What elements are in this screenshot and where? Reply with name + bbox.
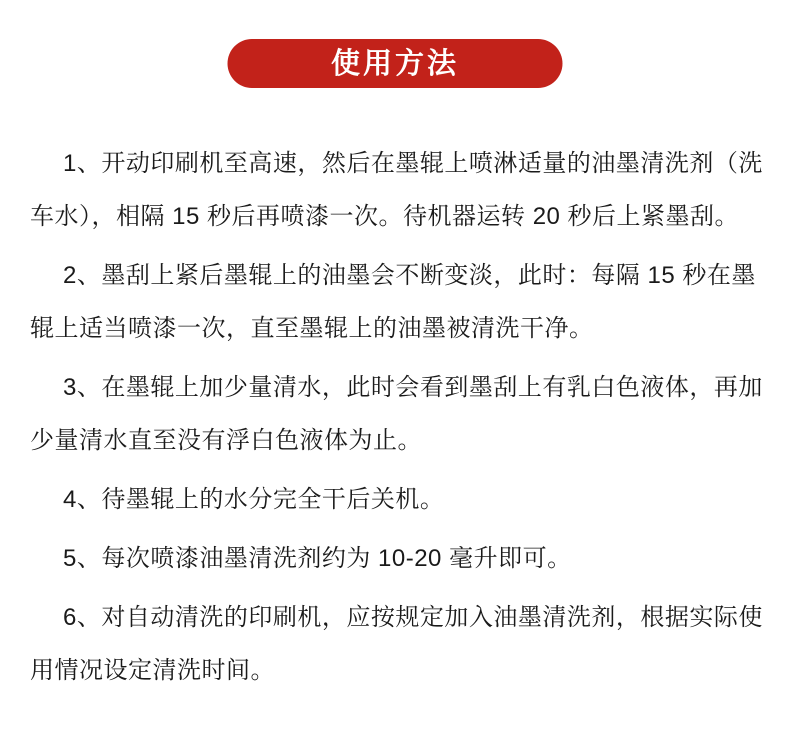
- usage-instructions-panel: 使用方法 1、开动印刷机至高速，然后在墨辊上喷淋适量的油墨清洗剂（洗车水），相隔…: [0, 0, 790, 739]
- instruction-paragraph: 5、每次喷漆油墨清洗剂约为 10-20 毫升即可。: [30, 532, 772, 585]
- instruction-line: 4、待墨辊上的水分完全干后关机。: [30, 473, 772, 526]
- instruction-line: 6、对自动清洗的印刷机，应按规定加入油墨清洗剂，根据实际使: [30, 591, 772, 644]
- usage-method-banner: 使用方法: [228, 39, 563, 88]
- instruction-line: 5、每次喷漆油墨清洗剂约为 10-20 毫升即可。: [30, 532, 772, 585]
- instruction-line: 少量清水直至没有浮白色液体为止。: [30, 414, 772, 467]
- instructions: 1、开动印刷机至高速，然后在墨辊上喷淋适量的油墨清洗剂（洗车水），相隔 15 秒…: [30, 137, 772, 703]
- instruction-paragraph: 3、在墨辊上加少量清水，此时会看到墨刮上有乳白色液体，再加少量清水直至没有浮白色…: [30, 361, 772, 467]
- instruction-paragraph: 2、墨刮上紧后墨辊上的油墨会不断变淡，此时：每隔 15 秒在墨辊上适当喷漆一次，…: [30, 249, 772, 355]
- instruction-paragraph: 1、开动印刷机至高速，然后在墨辊上喷淋适量的油墨清洗剂（洗车水），相隔 15 秒…: [30, 137, 772, 243]
- instruction-paragraph: 6、对自动清洗的印刷机，应按规定加入油墨清洗剂，根据实际使用情况设定清洗时间。: [30, 591, 772, 697]
- instruction-line: 用情况设定清洗时间。: [30, 644, 772, 697]
- instruction-line: 车水），相隔 15 秒后再喷漆一次。待机器运转 20 秒后上紧墨刮。: [30, 190, 772, 243]
- instruction-line: 辊上适当喷漆一次，直至墨辊上的油墨被清洗干净。: [30, 302, 772, 355]
- banner-title: 使用方法: [331, 49, 459, 79]
- instruction-line: 1、开动印刷机至高速，然后在墨辊上喷淋适量的油墨清洗剂（洗: [30, 137, 772, 190]
- instruction-line: 3、在墨辊上加少量清水，此时会看到墨刮上有乳白色液体，再加: [30, 361, 772, 414]
- instruction-line: 2、墨刮上紧后墨辊上的油墨会不断变淡，此时：每隔 15 秒在墨: [30, 249, 772, 302]
- instruction-paragraph: 4、待墨辊上的水分完全干后关机。: [30, 473, 772, 526]
